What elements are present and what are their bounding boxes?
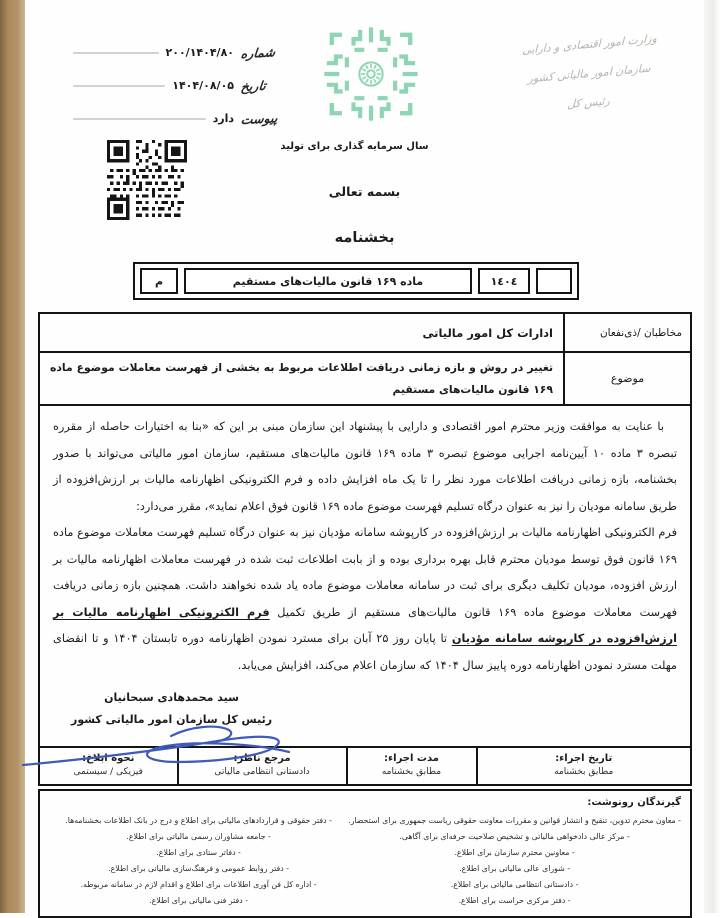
tax-organization-logo <box>307 24 435 124</box>
scan-edge-right <box>704 0 720 913</box>
signer-title: رئیس کل سازمان امور مالیاتی کشور <box>71 709 272 731</box>
audience-row: مخاطبان /ذی‌نفعان ادارات کل امور مالیاتی <box>40 314 690 351</box>
notification-method-value: فیزیکی / سیستمی <box>42 766 175 779</box>
subject-row: موضوع تغییر در روش و بازه زمانی دریافت ا… <box>40 351 690 404</box>
letter-attachment-value: دارد <box>213 112 234 125</box>
form-rule-line <box>73 52 159 54</box>
duration-label: مدت اجراء: <box>350 751 474 766</box>
supervisor-cell: مرجع ناظر: دادستانی انتظامی مالیاتی <box>177 748 346 784</box>
copy-recipients-left-column: - دفتر حقوقی و قراردادهای مالیاتی برای ا… <box>49 813 348 909</box>
main-content: مخاطبان /ذی‌نفعان ادارات کل امور مالیاتی… <box>38 312 692 913</box>
body-paragraph-2: فرم الکترونیکی اظهارنامه مالیات بر ارزش‌… <box>53 520 677 679</box>
recipient-item: - اداره کل فن آوری اطلاعات برای اطلاع و … <box>49 877 348 893</box>
besmele: بسمه تعالی <box>329 184 401 199</box>
letter-attachment-label: پیوست <box>240 110 286 127</box>
recipient-item: - جامعه مشاوران رسمی مالیاتی برای اطلاع. <box>49 829 348 845</box>
copy-recipients-columns: - معاون محترم تدوین، تنقیح و انتشار قوان… <box>49 813 681 909</box>
notification-method-label: نحوه ابلاغ: <box>42 751 175 766</box>
audience-value: ادارات کل امور مالیاتی <box>40 314 563 351</box>
reference-row: ١٤٠٤ ماده ۱۶۹ قانون مالیات‌های مستقیم م <box>133 262 579 300</box>
supervisor-value: دادستانی انتظامی مالیاتی <box>181 766 344 779</box>
letter-number-value: ۲۰۰/۱۴۰۴/۸۰ <box>166 46 234 59</box>
audience-label: مخاطبان /ذی‌نفعان <box>563 314 690 351</box>
signature-block: سید محمدهادی سبحانیان رئیس کل سازمان امو… <box>71 687 272 731</box>
reference-class-box: م <box>140 268 178 294</box>
reference-year-box: ١٤٠٤ <box>478 268 530 294</box>
letterhead: وزارت امور اقتصادی و دارایی سازمان امور … <box>484 21 695 127</box>
letter-date-row: تاریخ ۱۴۰۴/۰۸/۰۵ <box>73 69 285 102</box>
execution-date-value: مطابق بخشنامه <box>480 766 689 779</box>
recipient-item: - دفتر فنی مالیاتی برای اطلاع. <box>49 893 348 909</box>
execution-meta-table: تاریخ اجراء: مطابق بخشنامه مدت اجراء: مط… <box>38 746 692 786</box>
supervisor-label: مرجع ناظر: <box>181 751 344 766</box>
recipient-item: - دفتر روابط عمومی و فرهنگ‌سازی مالیاتی … <box>49 861 348 877</box>
recipient-item: - دفتر مرکزی حراست برای اطلاع. <box>348 893 681 909</box>
recipient-item: - شورای عالی مالیاتی برای اطلاع. <box>348 861 681 877</box>
execution-date-cell: تاریخ اجراء: مطابق بخشنامه <box>476 748 691 784</box>
recipient-item: - معاونین محترم سازمان برای اطلاع. <box>348 845 681 861</box>
form-rule-line <box>73 85 165 87</box>
copy-recipients-right-column: - معاون محترم تدوین، تنقیح و انتشار قوان… <box>348 813 681 909</box>
document-page: وزارت امور اقتصادی و دارایی سازمان امور … <box>25 0 704 913</box>
notification-method-cell: نحوه ابلاغ: فیزیکی / سیستمی <box>40 748 177 784</box>
recipient-item: - مرکز عالی دادخواهی مالیاتی و تشخیص صلا… <box>348 829 681 845</box>
duration-value: مطابق بخشنامه <box>350 766 474 779</box>
form-rule-line <box>73 118 206 120</box>
letter-attachment-row: پیوست دارد <box>73 102 285 135</box>
recipient-item: - دفاتر ستادی برای اطلاع. <box>49 845 348 861</box>
reference-empty-box <box>536 268 572 294</box>
subject-label: موضوع <box>563 353 690 404</box>
letter-meta: شماره ۲۰۰/۱۴۰۴/۸۰ تاریخ ۱۴۰۴/۰۸/۰۵ پیوست… <box>73 36 285 135</box>
recipient-item: - دفتر حقوقی و قراردادهای مالیاتی برای ا… <box>49 813 348 829</box>
execution-date-label: تاریخ اجراء: <box>480 751 689 766</box>
body-paragraph-1: با عنایت به موافقت وزیر محترم امور اقتصا… <box>53 414 677 520</box>
reference-title-box: ماده ۱۶۹ قانون مالیات‌های مستقیم <box>184 268 472 294</box>
copy-recipients-heading: گیرندگان رونوشت: <box>49 795 681 811</box>
signer-name: سید محمدهادی سبحانیان <box>71 687 272 709</box>
body-text-box: با عنایت به موافقت وزیر محترم امور اقتصا… <box>38 404 692 748</box>
recipient-item: - دادستانی انتظامی مالیاتی برای اطلاع. <box>348 877 681 893</box>
letter-date-value: ۱۴۰۴/۰۸/۰۵ <box>172 79 234 92</box>
qr-code <box>107 138 187 222</box>
subject-value: تغییر در روش و بازه زمانی دریافت اطلاعات… <box>40 353 563 404</box>
document-type-title: بخشنامه <box>335 230 395 246</box>
copy-recipients-box: گیرندگان رونوشت: - معاون محترم تدوین، تن… <box>38 789 692 913</box>
scan-edge-left <box>0 0 25 913</box>
year-slogan: سال سرمایه گذاری برای تولید <box>280 141 428 152</box>
recipient-item: - معاون محترم تدوین، تنقیح و انتشار قوان… <box>348 813 681 829</box>
duration-cell: مدت اجراء: مطابق بخشنامه <box>346 748 476 784</box>
info-table: مخاطبان /ذی‌نفعان ادارات کل امور مالیاتی… <box>38 312 692 406</box>
letter-number-label: شماره <box>240 44 286 61</box>
letter-number-row: شماره ۲۰۰/۱۴۰۴/۸۰ <box>73 36 285 69</box>
letter-date-label: تاریخ <box>240 77 286 94</box>
